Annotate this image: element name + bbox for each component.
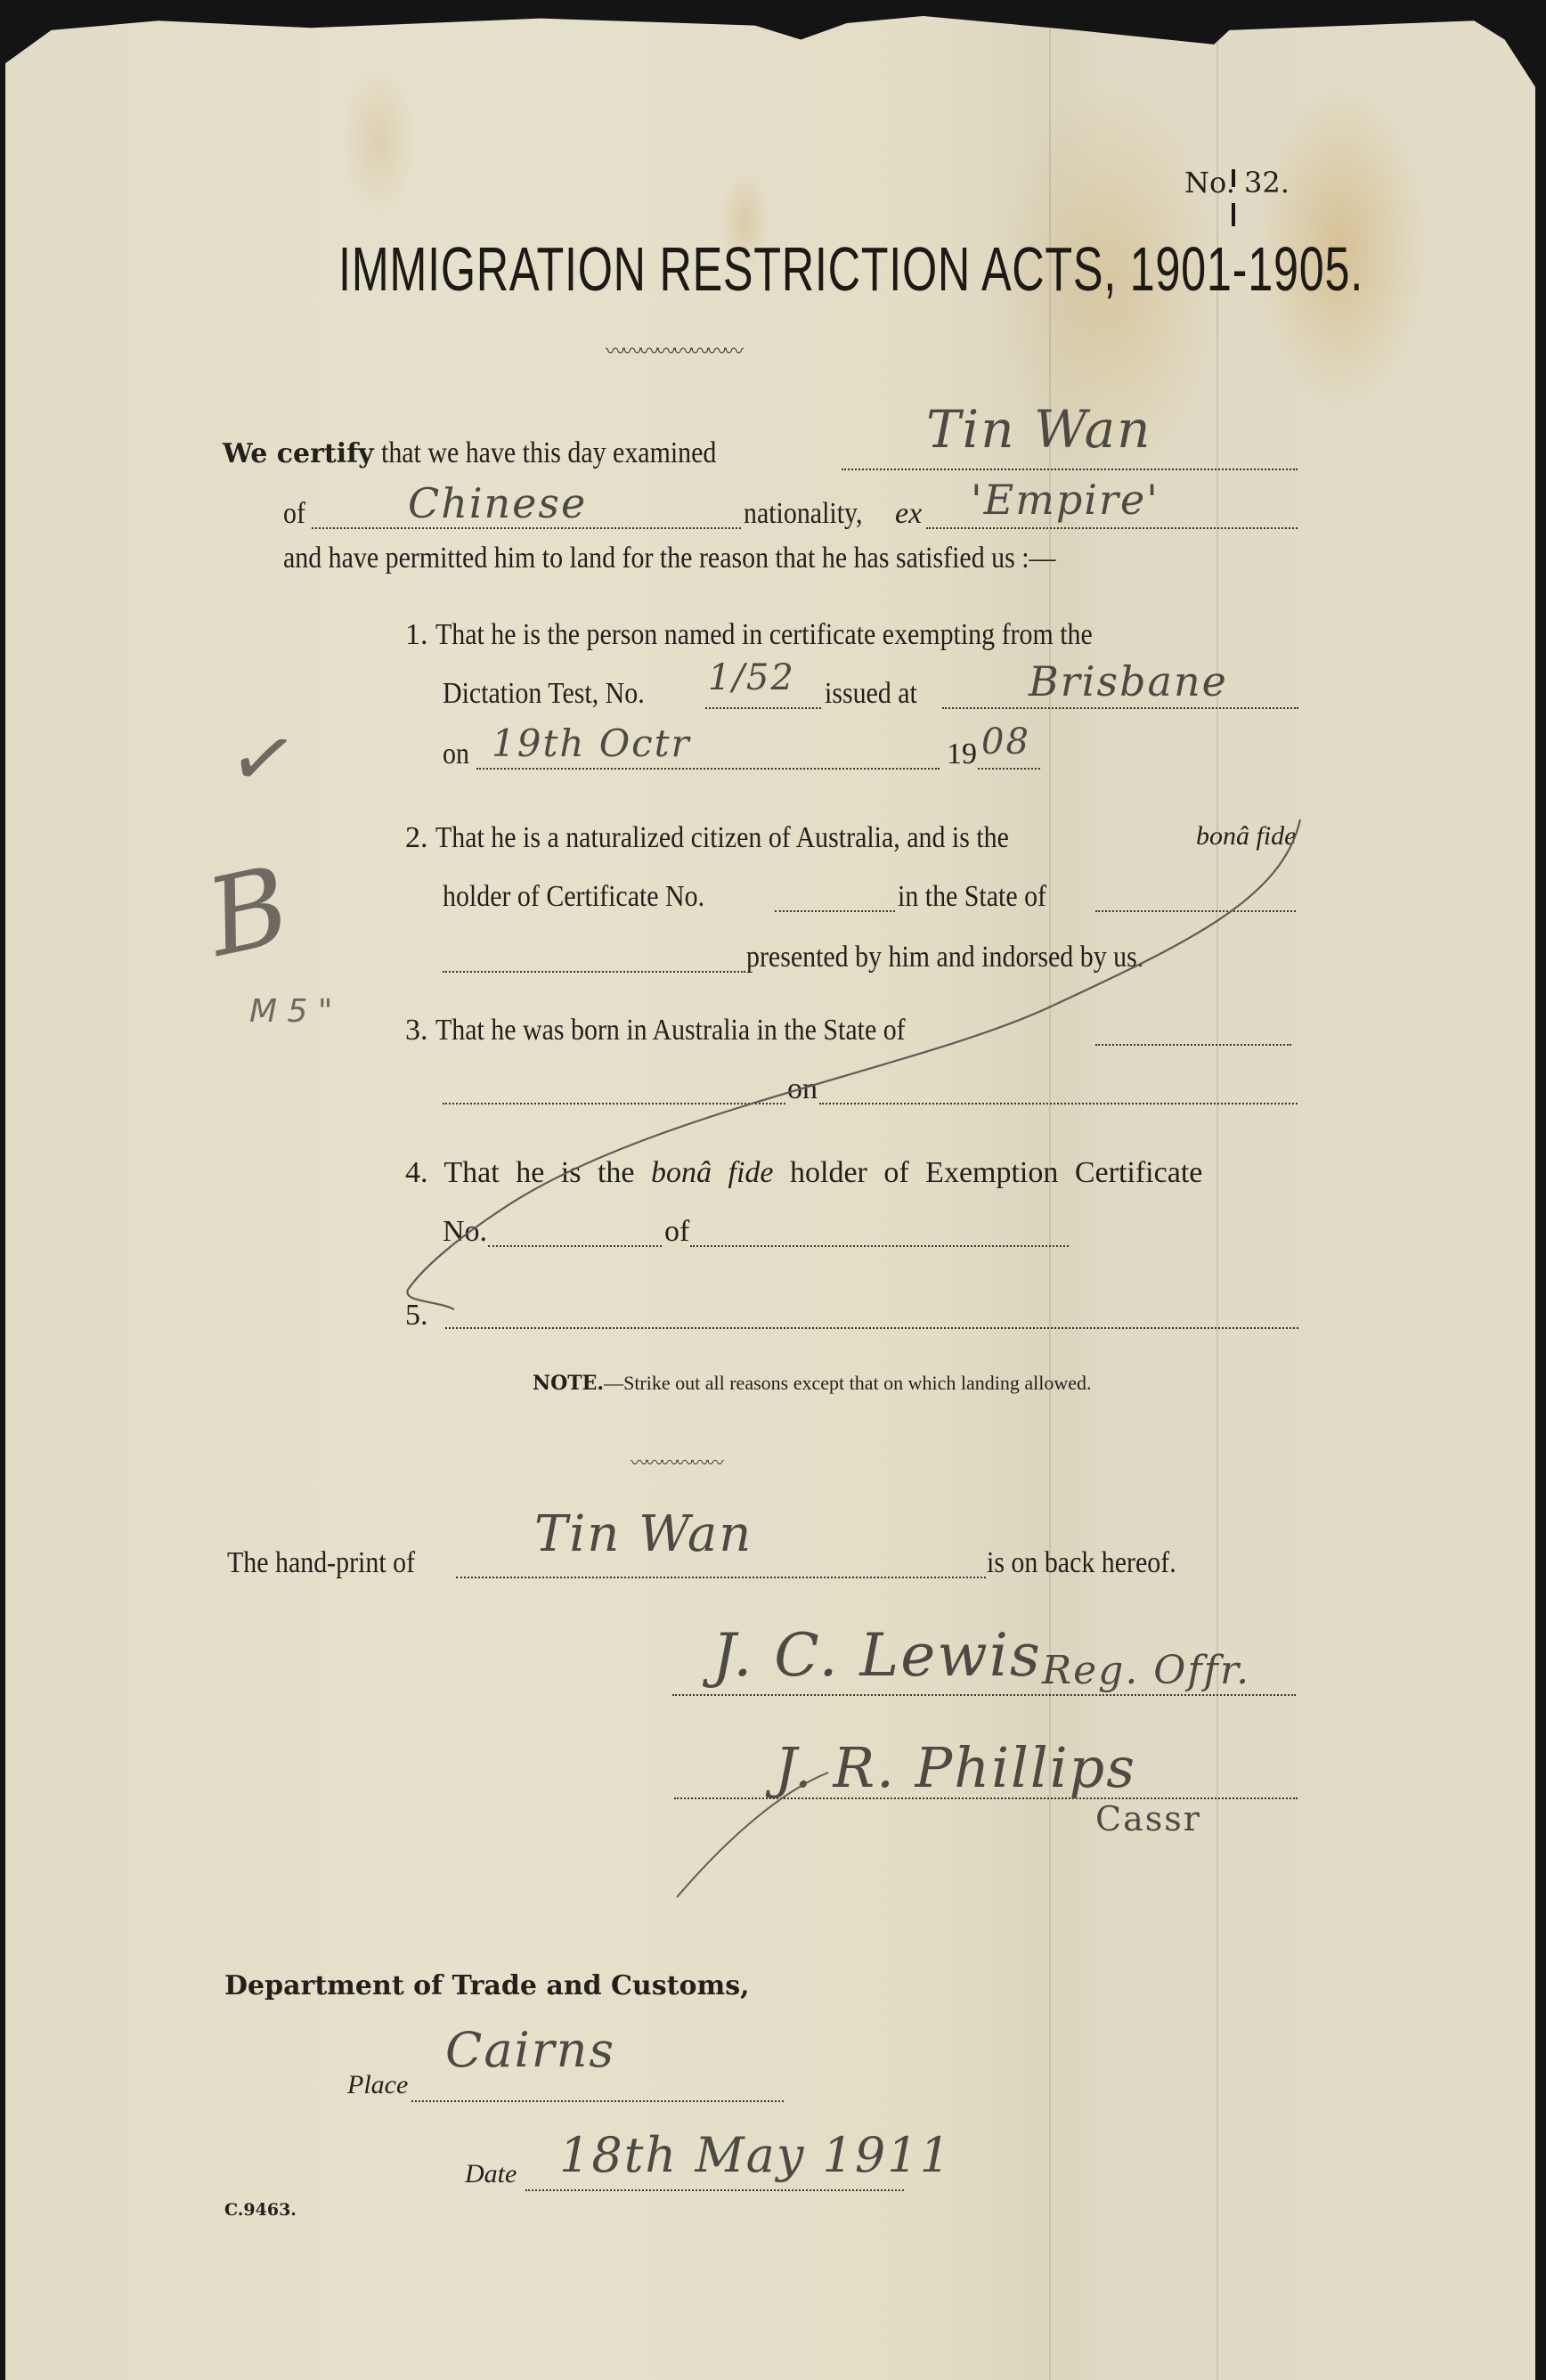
holder-label: holder of Certificate No.	[443, 880, 740, 914]
on-label: on	[443, 738, 473, 771]
margin-note: M 5 "	[249, 993, 332, 1030]
permitted-text: and have permitted him to land for the r…	[283, 542, 1161, 575]
document-page	[5, 16, 1535, 2380]
reason-1-line-1: 1. That he is the person named in certif…	[405, 618, 1182, 652]
reason-4-line-1: 4. That he is the bonâ fide holder of Ex…	[405, 1156, 1202, 1190]
note-label: NOTE.	[533, 1372, 604, 1395]
note-text: —Strike out all reasons except that on w…	[604, 1372, 1091, 1394]
issued-at-line	[942, 705, 1298, 709]
certify-text: that we have this day examined	[381, 436, 716, 470]
exemption-no-line[interactable]	[488, 1243, 662, 1247]
birth-date-line-b[interactable]	[819, 1101, 1298, 1104]
ship-field[interactable]: 'Empire'	[971, 476, 1159, 524]
place-line	[411, 2099, 784, 2102]
department-name: Department of Trade and Customs,	[224, 1970, 750, 2001]
handprint-name-line	[456, 1575, 986, 1578]
reason-2-line-1: 2. That he is a naturalized citizen of A…	[405, 821, 1087, 855]
dictation-label: Dictation Test, No.	[443, 677, 672, 711]
certify-lead: We certify	[223, 438, 374, 469]
note: NOTE.—Strike out all reasons except that…	[533, 1372, 1092, 1395]
reason-5-line[interactable]	[445, 1325, 1298, 1329]
nationality-field[interactable]: Chinese	[408, 479, 587, 527]
state-label: in the State of	[898, 880, 1067, 914]
handprint-label: The hand-print of	[227, 1546, 441, 1580]
ex-label: ex	[895, 497, 922, 531]
on-date-line	[476, 766, 940, 770]
fold-crease	[1049, 16, 1051, 2380]
bona-fide-italic: bonâ fide	[1196, 821, 1297, 852]
on-date-field[interactable]: 19th Octr	[492, 721, 691, 765]
signature-1[interactable]: J. C. Lewis	[712, 1621, 1042, 1690]
birth-date-line-a[interactable]	[443, 1101, 785, 1104]
reason-5-num: 5.	[405, 1299, 428, 1333]
issued-at-label: issued at	[825, 677, 930, 711]
presented-line[interactable]	[443, 969, 745, 973]
issued-at-field[interactable]: Brisbane	[1029, 657, 1228, 705]
reason-3-line-1: 3. That he was born in Australia in the …	[405, 1014, 970, 1047]
year-suffix-field[interactable]: 08	[981, 721, 1030, 762]
nationality-label: nationality,	[744, 497, 879, 531]
examined-name-field[interactable]: Tin Wan	[926, 399, 1152, 460]
of-label: of	[283, 497, 308, 531]
form-number: No. 32.	[1184, 166, 1290, 200]
exemption-no-label: No.	[443, 1215, 487, 1249]
reason-3-on-label: on	[787, 1072, 818, 1106]
date-label: Date	[465, 2159, 517, 2189]
handprint-suffix: is on back hereof.	[987, 1546, 1202, 1580]
form-code: C.9463.	[224, 2200, 297, 2220]
document-title: IMMIGRATION RESTRICTION ACTS, 1901-1905.	[338, 233, 1363, 305]
date-field[interactable]: 18th May 1911	[559, 2127, 952, 2183]
signature-2[interactable]: J. R. Phillips	[775, 1735, 1136, 1800]
presented-label: presented by him and indorsed by us.	[746, 941, 1198, 974]
state-line[interactable]	[1095, 909, 1296, 912]
section-ornament: 〰〰〰〰〰〰	[631, 1448, 721, 1474]
year-line	[978, 766, 1040, 770]
place-label: Place	[347, 2070, 408, 2100]
signature-2-title: Cassr	[1095, 1799, 1201, 1838]
place-field[interactable]: Cairns	[445, 2022, 615, 2078]
year-prefix: 19	[947, 738, 977, 771]
birth-state-line[interactable]	[1095, 1042, 1291, 1046]
examined-field-line	[842, 467, 1298, 470]
date-line	[525, 2188, 904, 2191]
dictation-no-line	[705, 705, 821, 709]
exemption-of-line[interactable]	[690, 1243, 1069, 1247]
exemption-of-label: of	[664, 1215, 689, 1249]
handprint-name-field[interactable]: Tin Wan	[534, 1505, 753, 1563]
dictation-no-field[interactable]: 1/52	[708, 657, 795, 698]
title-ornament: 〰〰〰〰〰〰〰〰	[606, 337, 741, 364]
certify-line: We certify that we have this day examine…	[223, 436, 762, 470]
fold-crease	[1216, 16, 1218, 2380]
certificate-no-line[interactable]	[775, 909, 895, 912]
ship-field-line	[926, 526, 1298, 529]
signature-1-title: Reg. Offr.	[1042, 1648, 1250, 1693]
